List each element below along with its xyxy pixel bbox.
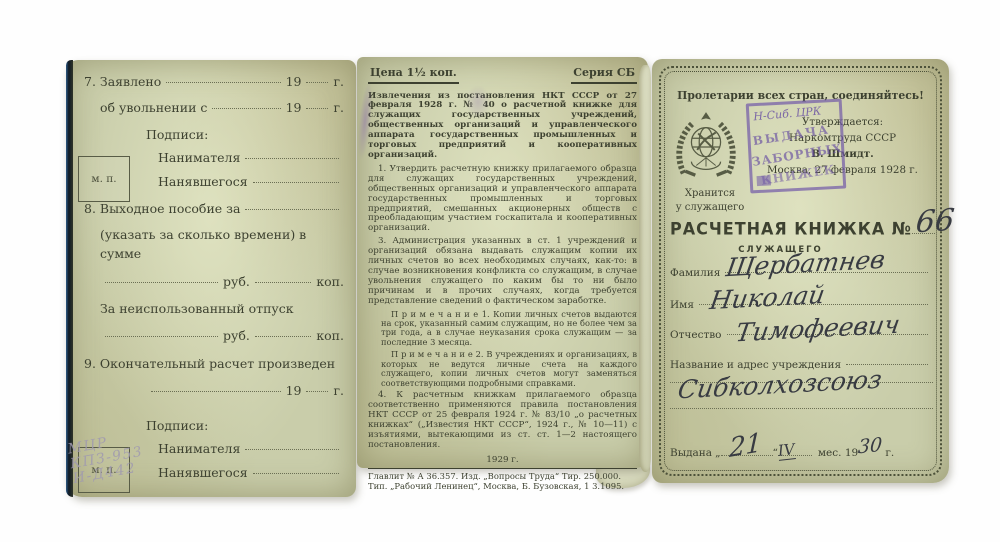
- issued-label: Выдана: [670, 447, 712, 459]
- left-page: 7. Заявлено 19 г. об увольнении с 19 г. …: [66, 60, 356, 497]
- signature-line: [253, 182, 339, 183]
- rub-label: руб.: [223, 272, 250, 291]
- item9-row: 9. Окончательный расчет произведен: [84, 354, 344, 373]
- fill-in-line: [245, 209, 339, 210]
- month-year-label: мес. 19: [818, 447, 858, 459]
- rub-label: руб.: [223, 326, 250, 345]
- fill-in-line: [670, 408, 933, 409]
- imprint-line: Тип. „Рабочий Ленинец“, Москва, Б. Бузов…: [368, 481, 637, 492]
- number-line: 66: [912, 220, 935, 234]
- print-year: 1929 г.: [368, 456, 637, 466]
- price-label: Цена 1½ коп.: [368, 67, 459, 84]
- stamp-line: Н-Сиб. ЦРК: [753, 104, 822, 123]
- handwritten-firstname: Николай: [708, 280, 827, 315]
- employer-label: Нанимателя: [158, 439, 240, 458]
- signature-line: [245, 449, 339, 450]
- employee-row: Нанявшегося: [158, 172, 344, 191]
- day-line: 21: [721, 455, 773, 456]
- month-line: IV: [778, 455, 812, 456]
- year-prefix: 19: [286, 98, 302, 117]
- patronymic-field: Отчество Тимофеевич: [670, 329, 933, 341]
- series-label: Серия СБ: [571, 67, 637, 84]
- decree-heading: Извлечения из постановления НКТ СССР от …: [368, 92, 637, 161]
- fill-in-line: [105, 282, 218, 283]
- employer-row: Нанимателя: [158, 148, 344, 167]
- year-g-label: г.: [885, 447, 894, 459]
- patronymic-label: Отчество: [670, 329, 722, 341]
- ink-smudge: [465, 85, 491, 119]
- year-prefix: 19: [286, 72, 302, 91]
- vacation-label: За неиспользованный отпуск: [100, 299, 344, 318]
- ussr-coat-of-arms-icon: [672, 111, 740, 185]
- year-suffix: г.: [333, 72, 344, 91]
- kop-label: коп.: [316, 272, 344, 291]
- decree-paragraph-3: 3. Администрация указанных в ст. 1 учреж…: [368, 237, 637, 306]
- fill-in-line: [212, 108, 280, 109]
- fill-in-line: [166, 82, 280, 83]
- item7-line2-label: об увольнении с: [100, 98, 207, 117]
- item9-date-row: 19 г.: [100, 381, 344, 400]
- fill-in-line: [306, 391, 328, 392]
- imprint-block: Главлит № А 36.357. Изд. „Вопросы Труда“…: [368, 468, 637, 493]
- book-title: РАСЧЕТНАЯ КНИЖКА №: [670, 218, 912, 239]
- surname-label: Фамилия: [670, 267, 720, 279]
- item7-row: 7. Заявлено 19 г.: [84, 72, 344, 91]
- kop-label: коп.: [316, 326, 344, 345]
- kept-line: Хранится: [666, 187, 754, 201]
- employer-row: Нанимателя: [158, 439, 344, 458]
- fill-in-line: [255, 282, 312, 283]
- fill-in-line: [306, 108, 328, 109]
- signatures-label: Подписи:: [100, 125, 344, 144]
- quote-open: „: [715, 447, 720, 459]
- signatures-group-1: м. п. Нанимателя Нанявшегося: [100, 148, 344, 191]
- blank-line: [670, 411, 933, 412]
- item7-label: 7. Заявлено: [84, 72, 161, 91]
- kept-by-note: Хранится у служащего: [666, 187, 754, 214]
- decree-paragraph-4: 4. К расчетным книжкам прилагаемого обра…: [368, 391, 637, 450]
- right-page: Пролетарии всех стран, соединяйтесь!: [652, 59, 949, 483]
- sum-row-1: руб. коп.: [100, 272, 344, 291]
- fill-in-line: [105, 336, 218, 337]
- institution-value-line: Сибколхозсоюз: [670, 385, 933, 386]
- signature-line: [253, 473, 339, 474]
- employee-label: Нанявшегося: [158, 463, 248, 482]
- item7-row2: об увольнении с 19 г.: [100, 98, 344, 117]
- signature-line: [245, 158, 339, 159]
- item8-note: (указать за сколько времени) в сумме: [100, 225, 344, 263]
- firstname-label: Имя: [670, 299, 694, 311]
- year-suffix: г.: [333, 381, 344, 400]
- surname-field: Фамилия Щербатнев: [670, 267, 933, 279]
- handwritten-patronymic: Тимофеевич: [734, 310, 902, 348]
- fill-in-line: [306, 82, 328, 83]
- middle-header: Цена 1½ коп. Серия СБ: [368, 67, 637, 84]
- seal-placeholder-box: м. п.: [78, 156, 130, 202]
- sum-row-2: руб. коп.: [100, 326, 344, 345]
- issued-row: Выдана „ 21 “ IV мес. 19 30 г.: [670, 439, 933, 461]
- employee-label: Нанявшегося: [158, 172, 248, 191]
- fill-in-line: [151, 391, 281, 392]
- book-title-row: РАСЧЕТНАЯ КНИЖКА № 66: [670, 219, 935, 238]
- handwritten-book-number: 66: [914, 202, 956, 240]
- decree-paragraph-1: 1. Утвердить расчетную книжку прилагаемо…: [368, 165, 637, 234]
- year-prefix: 19: [286, 381, 302, 400]
- coop-rubber-stamp: Н-Сиб. ЦРК ВЫДАЧА ЗАБОРНЫХ КНИЖЕК: [746, 99, 847, 194]
- paybook-scan: 7. Заявлено 19 г. об увольнении с 19 г. …: [0, 0, 1000, 542]
- handwritten-year: 30: [857, 434, 883, 459]
- kept-line: у служащего: [666, 201, 754, 215]
- decree-note-2: П р и м е ч а н и е 2. В учреждениях и о…: [368, 350, 637, 388]
- imprint-line: Главлит № А 36.357. Изд. „Вопросы Труда“…: [368, 471, 637, 482]
- middle-page: Цена 1½ коп. Серия СБ Извлечения из пост…: [357, 57, 648, 468]
- fill-in-line: [255, 336, 312, 337]
- decree-note-1: П р и м е ч а н и е 1. Копии личных счет…: [368, 310, 637, 348]
- employer-label: Нанимателя: [158, 148, 240, 167]
- employee-row: Нанявшегося: [158, 463, 344, 482]
- handwritten-day: 21: [728, 428, 762, 464]
- handwritten-month: IV: [777, 440, 796, 461]
- item9-label: 9. Окончательный расчет произведен: [84, 354, 335, 373]
- right-page-content: Пролетарии всех стран, соединяйтесь!: [652, 59, 949, 483]
- year-suffix: г.: [333, 98, 344, 117]
